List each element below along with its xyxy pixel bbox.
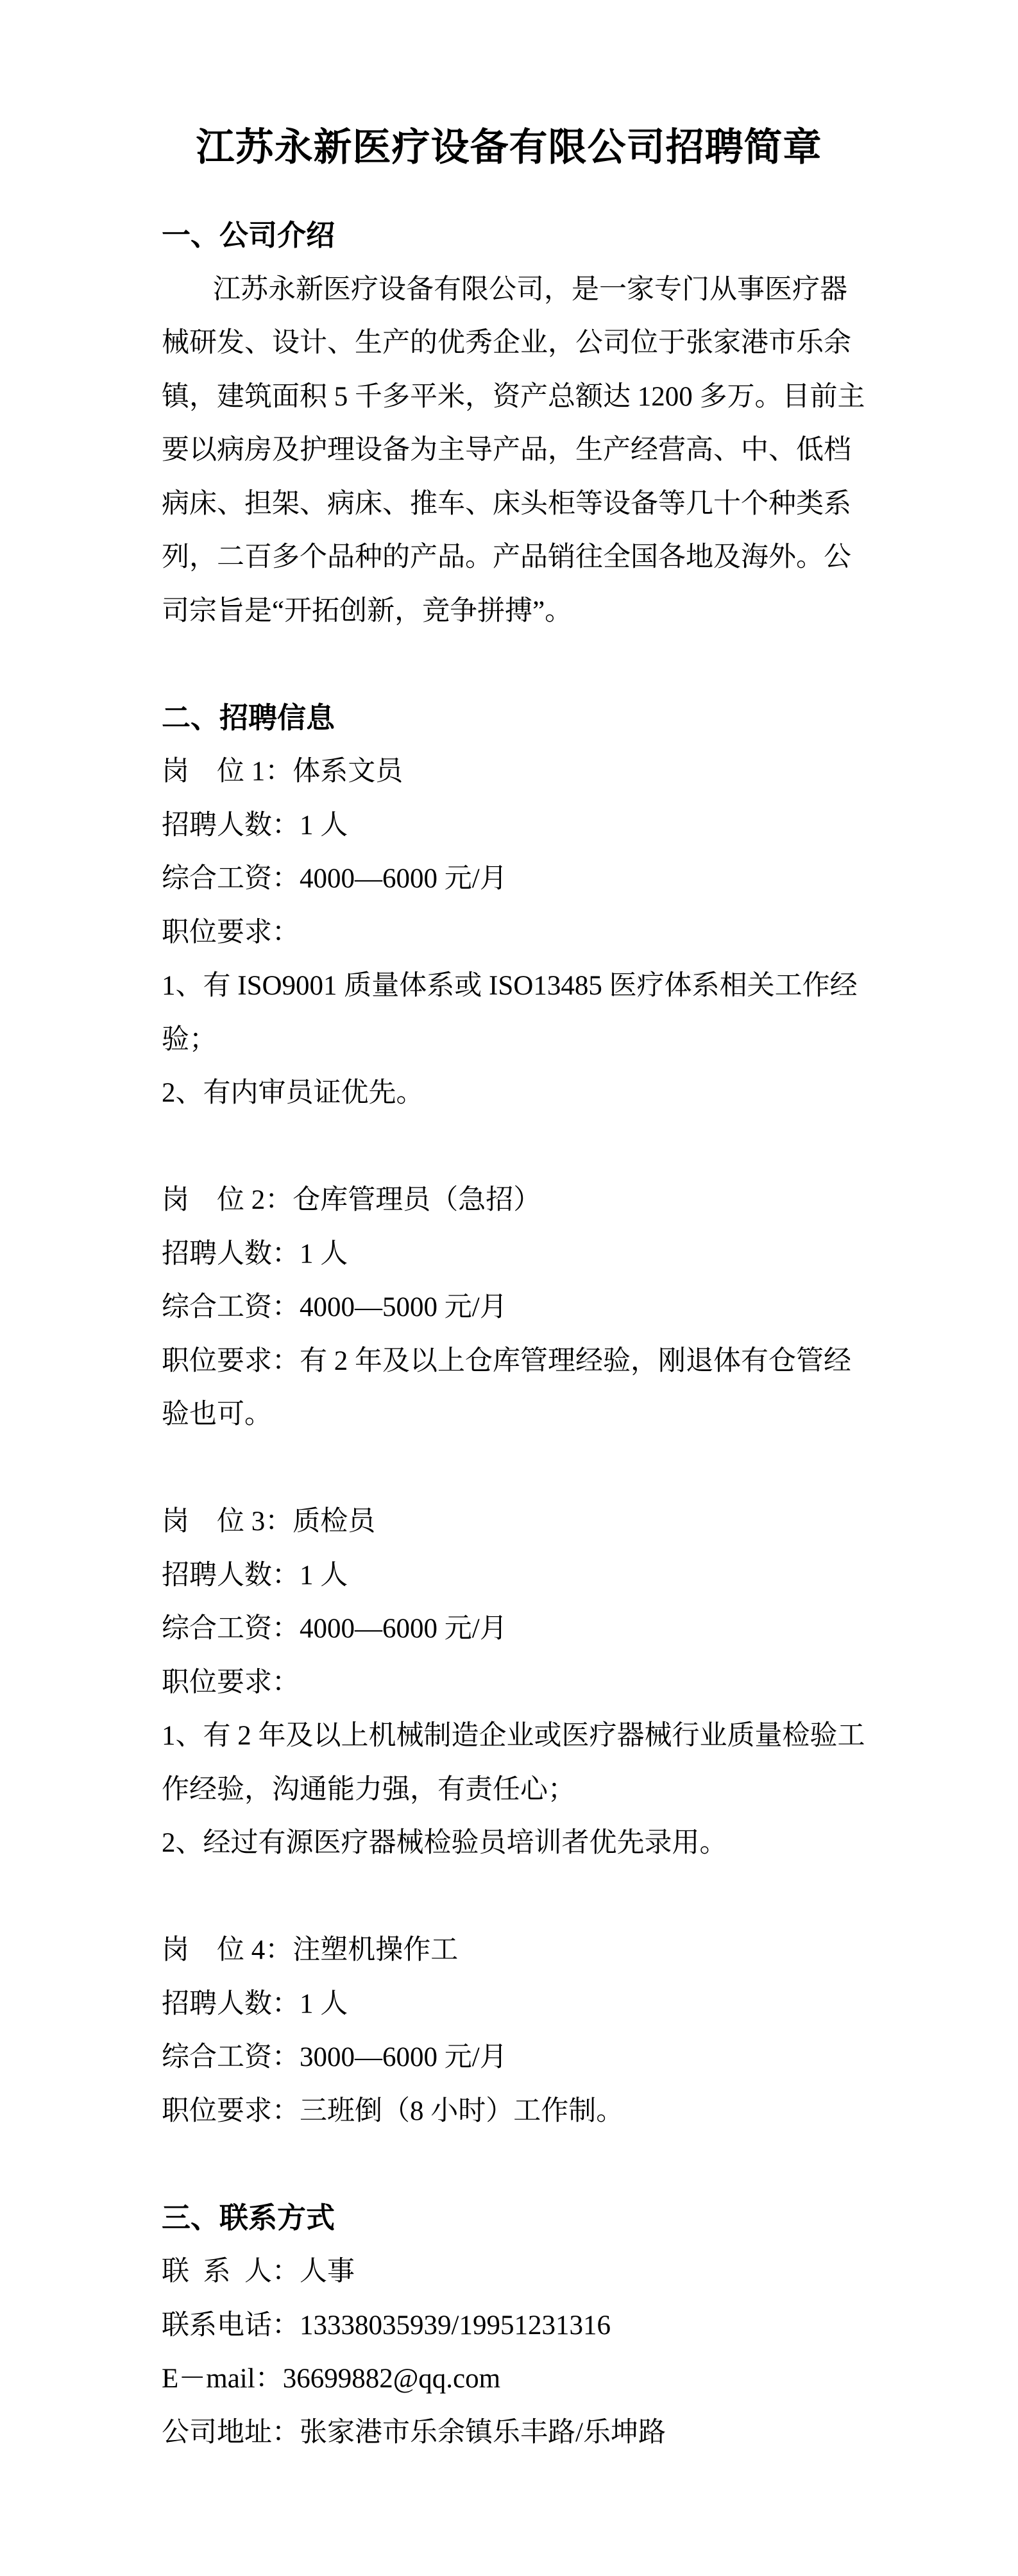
blank-line (162, 1120, 1018, 1174)
job-position-line: 岗 位 4：注塑机操作工 (162, 1923, 1018, 1977)
job-headcount-line: 招聘人数：1 人 (162, 1549, 1018, 1603)
job-requirement-line: 1、有 2 年及以上机械制造企业或医疗器械行业质量检验工 (162, 1709, 1018, 1763)
blank-line (162, 2138, 1018, 2192)
job-salary-line: 综合工资：4000—6000 元/月 (162, 852, 1018, 906)
job-requirement-line: 职位要求： (162, 1656, 1018, 1710)
section-heading-company: 一、公司介绍 (162, 209, 1018, 263)
job-position-line: 岗 位 2：仓库管理员（急招） (162, 1173, 1018, 1227)
job-headcount-line: 招聘人数：1 人 (162, 799, 1018, 853)
job-salary-line: 综合工资：3000—6000 元/月 (162, 2031, 1018, 2085)
company-intro-line: 病床、担架、病床、推车、床头柜等设备等几十个种类系 (162, 477, 1018, 531)
job-position-line: 岗 位 1：体系文员 (162, 745, 1018, 799)
blank-line (162, 1442, 1018, 1496)
document-page: 江苏永新医疗设备有限公司招聘简章 一、公司介绍 江苏永新医疗设备有限公司，是一家… (0, 115, 1018, 2459)
company-intro-line: 镇，建筑面积 5 千多平米，资产总额达 1200 多万。目前主 (162, 370, 1018, 424)
contact-address-line: 公司地址：张家港市乐余镇乐丰路/乐坤路 (162, 2406, 1018, 2460)
contact-email-line: E－mail：36699882@qq.com (162, 2352, 1018, 2406)
section-heading-contact: 三、联系方式 (162, 2192, 1018, 2246)
job-requirement-line: 2、经过有源医疗器械检验员培训者优先录用。 (162, 1816, 1018, 1870)
job-requirement-line: 验也可。 (162, 1388, 1018, 1442)
job-position-line: 岗 位 3：质检员 (162, 1495, 1018, 1549)
company-intro-line: 械研发、设计、生产的优秀企业，公司位于张家港市乐余 (162, 316, 1018, 370)
company-intro-line: 司宗旨是“开拓创新，竞争拼搏”。 (162, 584, 1018, 638)
section-heading-recruit: 二、招聘信息 (162, 692, 1018, 746)
job-requirement-line: 职位要求： (162, 906, 1018, 960)
job-headcount-line: 招聘人数：1 人 (162, 1227, 1018, 1281)
contact-phone-line: 联系电话：13338035939/19951231316 (162, 2299, 1018, 2353)
page-title: 江苏永新医疗设备有限公司招聘简章 (0, 115, 1018, 180)
job-salary-line: 综合工资：4000—5000 元/月 (162, 1281, 1018, 1335)
job-requirement-line: 作经验，沟通能力强，有责任心； (162, 1763, 1018, 1817)
job-requirement-line: 职位要求：有 2 年及以上仓库管理经验，刚退体有仓管经 (162, 1335, 1018, 1388)
job-requirement-line: 职位要求：三班倒（8 小时）工作制。 (162, 2085, 1018, 2138)
job-requirement-line: 验； (162, 1013, 1018, 1067)
blank-line (162, 638, 1018, 692)
job-requirement-line: 2、有内审员证优先。 (162, 1066, 1018, 1120)
job-requirement-line: 1、有 ISO9001 质量体系或 ISO13485 医疗体系相关工作经 (162, 959, 1018, 1013)
job-headcount-line: 招聘人数：1 人 (162, 1977, 1018, 2031)
spacer (0, 180, 1018, 209)
company-intro-line: 要以病房及护理设备为主导产品，生产经营高、中、低档 (162, 423, 1018, 477)
job-salary-line: 综合工资：4000—6000 元/月 (162, 1602, 1018, 1656)
blank-line (162, 1870, 1018, 1924)
company-intro-line: 列，二百多个品种的产品。产品销往全国各地及海外。公 (162, 531, 1018, 584)
company-intro-line: 江苏永新医疗设备有限公司，是一家专门从事医疗器 (162, 263, 1018, 317)
contact-person-line: 联 系 人：人事 (162, 2245, 1018, 2299)
